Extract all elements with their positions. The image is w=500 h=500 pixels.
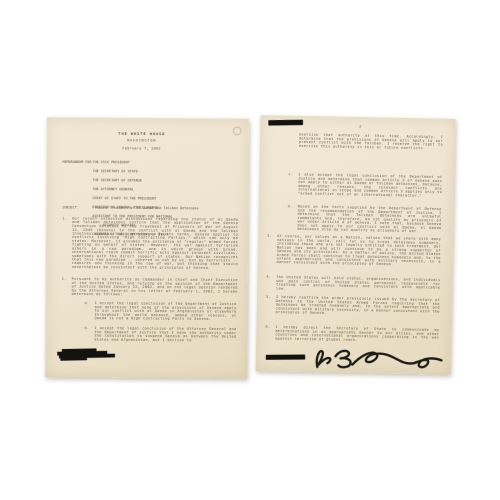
paragraph-4: 4. The United States will hold states, o… — [266, 275, 440, 293]
page-number: 2 — [350, 124, 370, 129]
letterhead-title: THE WHITE HOUSE — [47, 131, 237, 137]
subitem-text: I accept the legal conclusion of the Att… — [94, 327, 236, 343]
subitem-text: I also accept the legal conclusion of th… — [298, 173, 442, 198]
memo-date: February 7, 2002 — [47, 146, 237, 151]
subitem-a: a. I accept the legal conclusion of the … — [84, 302, 236, 322]
subject-text: Humane Treatment of al Qaeda and Taliban… — [95, 206, 198, 211]
paragraph-text: I hereby reaffirm the order previously i… — [276, 295, 440, 317]
subitem-text: I accept the legal conclusion of the Dep… — [94, 302, 236, 322]
paragraph-number: 2. — [62, 277, 67, 281]
subitem-c: c. I also accept the legal conclusion of… — [288, 173, 442, 198]
paragraph-number: 1. — [62, 217, 67, 221]
continuation-paragraph: exercise that authority at this time. Ac… — [299, 133, 443, 151]
letterhead-city: WASHINGTON — [47, 138, 237, 143]
paragraph-number: 3. — [267, 234, 272, 238]
paragraph-6: 6. I hereby direct the Secretary of Stat… — [265, 325, 439, 343]
redaction-bar-bottom — [266, 355, 305, 360]
subitem-letter: b. — [84, 327, 89, 331]
paragraph-text: Pursuant to my authority as Commander in… — [72, 277, 238, 297]
subitem-b: b. I accept the legal conclusion of the … — [84, 327, 236, 343]
subject-label: SUBJECT: — [62, 205, 79, 209]
george-w-bush-signature — [298, 345, 444, 373]
paragraph-text: Our recent extensive discussions regardi… — [72, 217, 238, 270]
recipient-line: CHIEF OF STAFF TO THE PRESIDENT — [92, 196, 156, 200]
paragraph-text: Of course, our values as a Nation, value… — [277, 234, 442, 267]
paragraph-3: 3. Of course, our values as a Nation, va… — [267, 234, 442, 267]
paragraph-number: 6. — [265, 325, 270, 329]
subitem-letter: d. — [288, 205, 293, 209]
redaction-bar-top — [268, 120, 303, 126]
subitem-d: d. Based on the facts supplied by the De… — [287, 205, 441, 234]
paragraph-text: The United States will hold states, orga… — [276, 275, 440, 293]
memo-page-2: 2 exercise that authority at this time. … — [256, 115, 456, 375]
recipient-line: THE VICE PRESIDENT — [93, 160, 130, 164]
subitem-letter: a. — [85, 302, 90, 306]
embossed-seal-mark — [233, 127, 242, 136]
subitem-text: Based on the facts supplied by the Depar… — [297, 205, 441, 234]
subitem-letter: c. — [288, 173, 293, 177]
paragraph-text: I hereby direct the Secretary of State t… — [275, 325, 439, 343]
redaction-bar — [60, 358, 87, 361]
paragraph-text: exercise that authority at this time. Ac… — [299, 133, 443, 151]
recipient-line: THE ATTORNEY GENERAL — [92, 187, 133, 191]
photo-of-memo: THE WHITE HOUSE WASHINGTON February 7, 2… — [0, 0, 500, 500]
paragraph-number: 5. — [266, 295, 271, 299]
paragraph-1: 1. Our recent extensive discussions rega… — [62, 217, 238, 271]
recipient-line: THE SECRETARY OF DEFENSE — [92, 178, 142, 182]
paragraph-2: 2. Pursuant to my authority as Commander… — [62, 277, 238, 297]
redaction-block-page1 — [57, 348, 115, 361]
recipient-line: THE SECRETARY OF STATE — [93, 169, 138, 173]
memo-page-1: THE WHITE HOUSE WASHINGTON February 7, 2… — [45, 117, 249, 378]
paragraph-5: 5. I hereby reaffirm the order previousl… — [266, 295, 440, 317]
paragraph-number: 4. — [266, 275, 271, 279]
